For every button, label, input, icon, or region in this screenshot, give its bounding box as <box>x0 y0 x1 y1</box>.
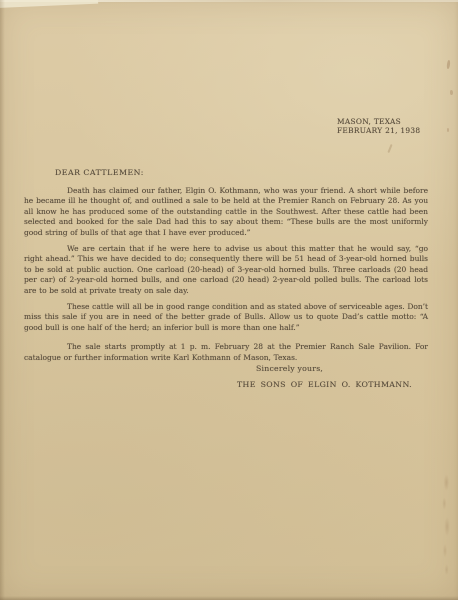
dateline: MASON, TEXAS FEBRUARY 21, 1938 <box>337 117 420 135</box>
date-text: FEBRUARY 21, 1938 <box>337 126 420 135</box>
letter-paragraph: The sale starts promptly at 1 p. m. Febr… <box>24 342 428 363</box>
scan-bottom-edge-shade <box>0 596 458 600</box>
letter-paragraph: These cattle will all be in good range c… <box>24 302 428 333</box>
salutation: DEAR CATTLEMEN: <box>55 168 144 177</box>
letter-paragraph: We are certain that if he were here to a… <box>24 244 428 296</box>
paper-speck <box>447 128 449 132</box>
paper-aging-streak <box>438 472 452 577</box>
closing: Sincerely yours, <box>256 364 323 373</box>
scan-top-left-corner-sliver <box>0 0 98 8</box>
paper-speck <box>446 60 450 69</box>
paper-speck <box>450 90 453 95</box>
scan-left-edge-shade <box>0 0 5 600</box>
signature: THE SONS OF ELGIN O. KOTHMANN. <box>237 380 412 389</box>
letter-body: Death has claimed our father, Elgin O. K… <box>24 186 428 363</box>
fold-mark <box>387 144 392 153</box>
letter-paragraph: Death has claimed our father, Elgin O. K… <box>24 186 428 238</box>
letter-page: MASON, TEXAS FEBRUARY 21, 1938 DEAR CATT… <box>0 0 458 600</box>
place-text: MASON, TEXAS <box>337 117 420 126</box>
